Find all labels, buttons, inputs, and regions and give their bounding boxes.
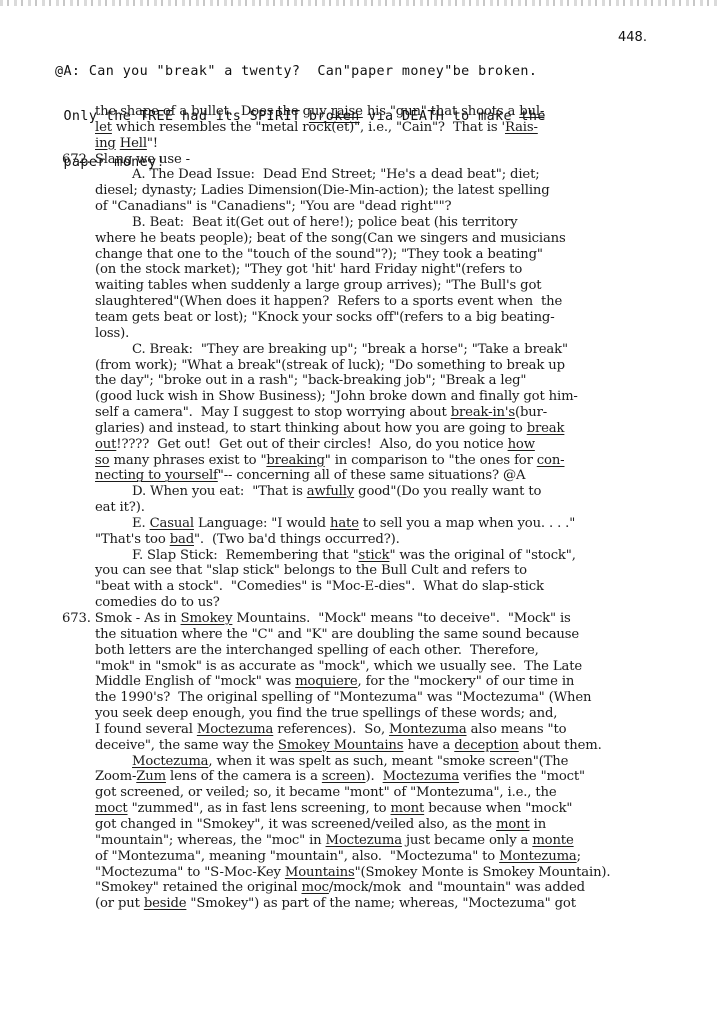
text-segment: slaughtered"(When does it happen? Refers… (95, 294, 562, 309)
text-line: loss). (62, 326, 662, 342)
text-line: out!???? Get out! Get out of their circl… (62, 437, 662, 453)
text-segment: have a (403, 738, 454, 753)
text-segment: F. Slap Stick: Remembering that " (132, 548, 359, 563)
text-segment: good"(Do you really want to (354, 484, 541, 499)
text-segment: Slang we use - (95, 152, 190, 167)
text-segment: " in comparison to "the ones for (325, 453, 537, 468)
text-segment: D. When you eat: "That is (132, 484, 307, 499)
text-line: I found several Moctezuma references). S… (62, 722, 662, 738)
text-segment: where he beats people); beat of the song… (95, 231, 566, 246)
underlined-text: breaking (266, 453, 324, 468)
text-line: ing Hell"! (62, 136, 662, 152)
underlined-text: screen (322, 769, 366, 784)
text-segment: of "Canadians" is "Canadiens"; "You are … (95, 199, 451, 214)
text-line: got screened, or veiled; so, it became "… (62, 785, 662, 801)
text-segment: the shape of a bullet. Does the guy (95, 104, 331, 119)
underlined-text: Moctezuma (132, 754, 208, 769)
underlined-text: moc (302, 880, 329, 895)
text-segment: diesel; dynasty; Ladies Dimension(Die-Mi… (95, 183, 550, 198)
text-line: of "Montezuma", meaning "mountain", also… (62, 849, 662, 865)
text-segment: to sell you a map when you. . . ." (359, 516, 575, 531)
text-line: Middle English of "mock" was moquiere, f… (62, 674, 662, 690)
underlined-text: deception (454, 738, 518, 753)
text-line: moct "zummed", as in fast lens screening… (62, 801, 662, 817)
text-line: "That's too bad". (Two ba'd things occur… (62, 532, 662, 548)
underlined-text: mont (496, 817, 530, 832)
text-segment: , for the "mockery" of our time in (358, 674, 575, 689)
document-body: the shape of a bullet. Does the guy rais… (62, 104, 662, 912)
text-segment: "Moctezuma" to "S-Moc-Key (95, 865, 285, 880)
text-segment: self a camera". May I suggest to stop wo… (95, 405, 451, 420)
text-line: diesel; dynasty; Ladies Dimension(Die-Mi… (62, 183, 662, 199)
underlined-text: break-in's (451, 405, 515, 420)
text-line: C. Break: "They are breaking up"; "break… (62, 342, 662, 358)
text-segment: "mountain"; whereas, the "moc" in (95, 833, 326, 848)
text-segment: (from work); "What a break"(streak of lu… (95, 358, 565, 373)
text-line: "Moctezuma" to "S-Moc-Key Mountains"(Smo… (62, 865, 662, 881)
underlined-text: raise (331, 104, 363, 119)
underlined-text: Mountains (285, 865, 355, 880)
underlined-text: bul- (519, 104, 544, 119)
text-segment: got screened, or veiled; so, it became "… (95, 785, 557, 800)
underlined-text: con- (537, 453, 565, 468)
text-line: the situation where the "C" and "K" are … (62, 627, 662, 643)
text-segment: "That's too (95, 532, 170, 547)
underlined-text: Moctezuma (197, 722, 273, 737)
text-segment: C. Break: "They are breaking up"; "break… (132, 342, 568, 357)
underlined-text: Hell (120, 136, 147, 151)
text-segment: lens of the camera is a (166, 769, 322, 784)
scan-artifact-top-edge (0, 0, 720, 6)
text-line: 673. Smok - As in Smokey Mountains. "Moc… (62, 611, 662, 627)
underlined-text: break (527, 421, 565, 436)
underlined-text: Moctezuma (326, 833, 402, 848)
text-line: got changed in "Smokey", it was screened… (62, 817, 662, 833)
text-segment: you seek deep enough, you find the true … (95, 706, 557, 721)
text-line: B. Beat: Beat it(Get out of here!); poli… (62, 215, 662, 231)
note-line-1: @A: Can you "break" a twenty? Can"paper … (55, 64, 546, 79)
text-line: self a camera". May I suggest to stop wo… (62, 405, 662, 421)
text-line: (on the stock market); "They got 'hit' h… (62, 262, 662, 278)
text-segment: verifies the "moct" (459, 769, 585, 784)
text-segment: , when it was spelt as such, meant "smok… (208, 754, 568, 769)
underlined-text: out (95, 437, 116, 452)
text-segment: eat it?). (95, 500, 145, 515)
underlined-text: Montezuma (499, 849, 577, 864)
text-line: 672. Slang we use - (62, 152, 662, 168)
text-line: change that one to the "touch of the sou… (62, 247, 662, 263)
text-line: eat it?). (62, 500, 662, 516)
text-segment: change that one to the "touch of the sou… (95, 247, 543, 262)
text-segment: (bur- (515, 405, 547, 420)
text-segment: the day"; "broke out in a rash"; "back-b… (95, 373, 526, 388)
underlined-text: hate (330, 516, 359, 531)
text-line: the shape of a bullet. Does the guy rais… (62, 104, 662, 120)
text-segment: "zummed", as in fast lens screening, to (128, 801, 391, 816)
text-line: both letters are the interchanged spelli… (62, 643, 662, 659)
text-segment: both letters are the interchanged spelli… (95, 643, 539, 658)
text-segment: his "gun" that shoots a (363, 104, 519, 119)
text-line: the day"; "broke out in a rash"; "back-b… (62, 373, 662, 389)
text-segment: Language: "I would (194, 516, 330, 531)
underlined-text: moct (95, 801, 128, 816)
text-segment: I found several (95, 722, 197, 737)
text-segment: of "Montezuma", meaning "mountain", also… (95, 849, 499, 864)
text-segment: also means "to (467, 722, 567, 737)
underlined-text: bad (170, 532, 194, 547)
text-line: the 1990's? The original spelling of "Mo… (62, 690, 662, 706)
text-line: (or put beside "Smokey") as part of the … (62, 896, 662, 912)
underlined-text: Smokey Mountains (278, 738, 404, 753)
text-line: necting to yourself"-- concerning all of… (62, 468, 662, 484)
text-segment: in (530, 817, 546, 832)
text-line: you seek deep enough, you find the true … (62, 706, 662, 722)
text-line: let which resembles the "metal rock(et)"… (62, 120, 662, 136)
text-line: Moctezuma, when it was spelt as such, me… (62, 754, 662, 770)
text-segment: "-- concerning all of these same situati… (218, 468, 526, 483)
text-line: so many phrases exist to "breaking" in c… (62, 453, 662, 469)
text-segment: "! (147, 136, 158, 151)
text-segment: glaries) and instead, to start thinking … (95, 421, 527, 436)
underlined-text: necting to yourself (95, 468, 218, 483)
underlined-text: ing (95, 136, 116, 151)
text-segment: the situation where the "C" and "K" are … (95, 627, 579, 642)
underlined-text: Casual (150, 516, 194, 531)
text-line: A. The Dead Issue: Dead End Street; "He'… (62, 167, 662, 183)
text-segment: which resembles the "metal rock(et)", i.… (112, 120, 505, 135)
text-segment: ". (Two ba'd things occurred?). (194, 532, 400, 547)
text-line: slaughtered"(When does it happen? Refers… (62, 294, 662, 310)
text-segment: (or put (95, 896, 144, 911)
text-segment: Middle English of "mock" was (95, 674, 295, 689)
text-segment: 672. (62, 152, 95, 167)
text-segment: ). (366, 769, 383, 784)
text-segment: "Smokey" retained the original (95, 880, 302, 895)
underlined-text: Montezuma (389, 722, 467, 737)
text-line: (good luck wish in Show Business); "John… (62, 389, 662, 405)
text-line: you can see that "slap stick" belongs to… (62, 563, 662, 579)
text-segment: "beat with a stock". "Comedies" is "Moc-… (95, 579, 544, 594)
text-segment: references). So, (273, 722, 389, 737)
underlined-text: how (508, 437, 535, 452)
text-segment: the 1990's? The original spelling of "Mo… (95, 690, 591, 705)
underlined-text: mont (391, 801, 425, 816)
text-segment: you can see that "slap stick" belongs to… (95, 563, 527, 578)
underlined-text: moquiere (295, 674, 357, 689)
text-segment: comedies do to us? (95, 595, 220, 610)
text-segment: waiting tables when suddenly a large gro… (95, 278, 541, 293)
text-line: E. Casual Language: "I would hate to sel… (62, 516, 662, 532)
underlined-text: awfully (307, 484, 354, 499)
text-line: F. Slap Stick: Remembering that "stick" … (62, 548, 662, 564)
underlined-text: beside (144, 896, 187, 911)
text-line: "Smokey" retained the original moc/mock/… (62, 880, 662, 896)
text-line: Zoom-Zum lens of the camera is a screen)… (62, 769, 662, 785)
text-line: comedies do to us? (62, 595, 662, 611)
text-line: where he beats people); beat of the song… (62, 231, 662, 247)
text-segment: Zoom- (95, 769, 136, 784)
text-segment: loss). (95, 326, 129, 341)
text-line: deceive", the same way the Smokey Mounta… (62, 738, 662, 754)
text-line: of "Canadians" is "Canadiens"; "You are … (62, 199, 662, 215)
text-line: D. When you eat: "That is awfully good"(… (62, 484, 662, 500)
text-segment: !???? Get out! Get out of their circles!… (116, 437, 507, 452)
underlined-text: Moctezuma (383, 769, 459, 784)
text-line: glaries) and instead, to start thinking … (62, 421, 662, 437)
text-segment: A. The Dead Issue: Dead End Street; "He'… (132, 167, 540, 182)
text-segment: because when "mock" (424, 801, 572, 816)
text-segment: many phrases exist to " (109, 453, 266, 468)
text-segment: "(Smokey Monte is Smokey Mountain). (355, 865, 611, 880)
underlined-text: stick (359, 548, 390, 563)
text-segment: 673. Smok - As in (62, 611, 181, 626)
text-line: waiting tables when suddenly a large gro… (62, 278, 662, 294)
text-line: "mountain"; whereas, the "moc" in Moctez… (62, 833, 662, 849)
text-segment: team gets beat or lost); "Knock your soc… (95, 310, 555, 325)
underlined-text: Zum (136, 769, 166, 784)
text-segment: " was the original of "stock", (389, 548, 575, 563)
text-segment: just became only a (402, 833, 532, 848)
text-segment: /mock/mok and "mountain" was added (329, 880, 585, 895)
underlined-text: so (95, 453, 109, 468)
text-segment: (good luck wish in Show Business); "John… (95, 389, 578, 404)
underlined-text: let (95, 120, 112, 135)
text-segment: "Smokey") as part of the name; whereas, … (186, 896, 575, 911)
text-segment: (on the stock market); "They got 'hit' h… (95, 262, 522, 277)
underlined-text: Smokey (181, 611, 233, 626)
text-segment: got changed in "Smokey", it was screened… (95, 817, 496, 832)
text-segment: Mountains. "Mock" means "to deceive". "M… (232, 611, 570, 626)
text-line: "mok" in "smok" is as accurate as "mock"… (62, 659, 662, 675)
text-segment: ; (577, 849, 581, 864)
underlined-text: Rais- (505, 120, 538, 135)
text-line: (from work); "What a break"(streak of lu… (62, 358, 662, 374)
text-line: team gets beat or lost); "Knock your soc… (62, 310, 662, 326)
text-segment: about them. (519, 738, 602, 753)
text-segment: E. (132, 516, 150, 531)
underlined-text: monte (532, 833, 573, 848)
text-line: "beat with a stock". "Comedies" is "Moc-… (62, 579, 662, 595)
page-number: 448. (618, 30, 647, 45)
text-segment: B. Beat: Beat it(Get out of here!); poli… (132, 215, 517, 230)
text-segment: "mok" in "smok" is as accurate as "mock"… (95, 659, 582, 674)
text-segment: deceive", the same way the (95, 738, 278, 753)
